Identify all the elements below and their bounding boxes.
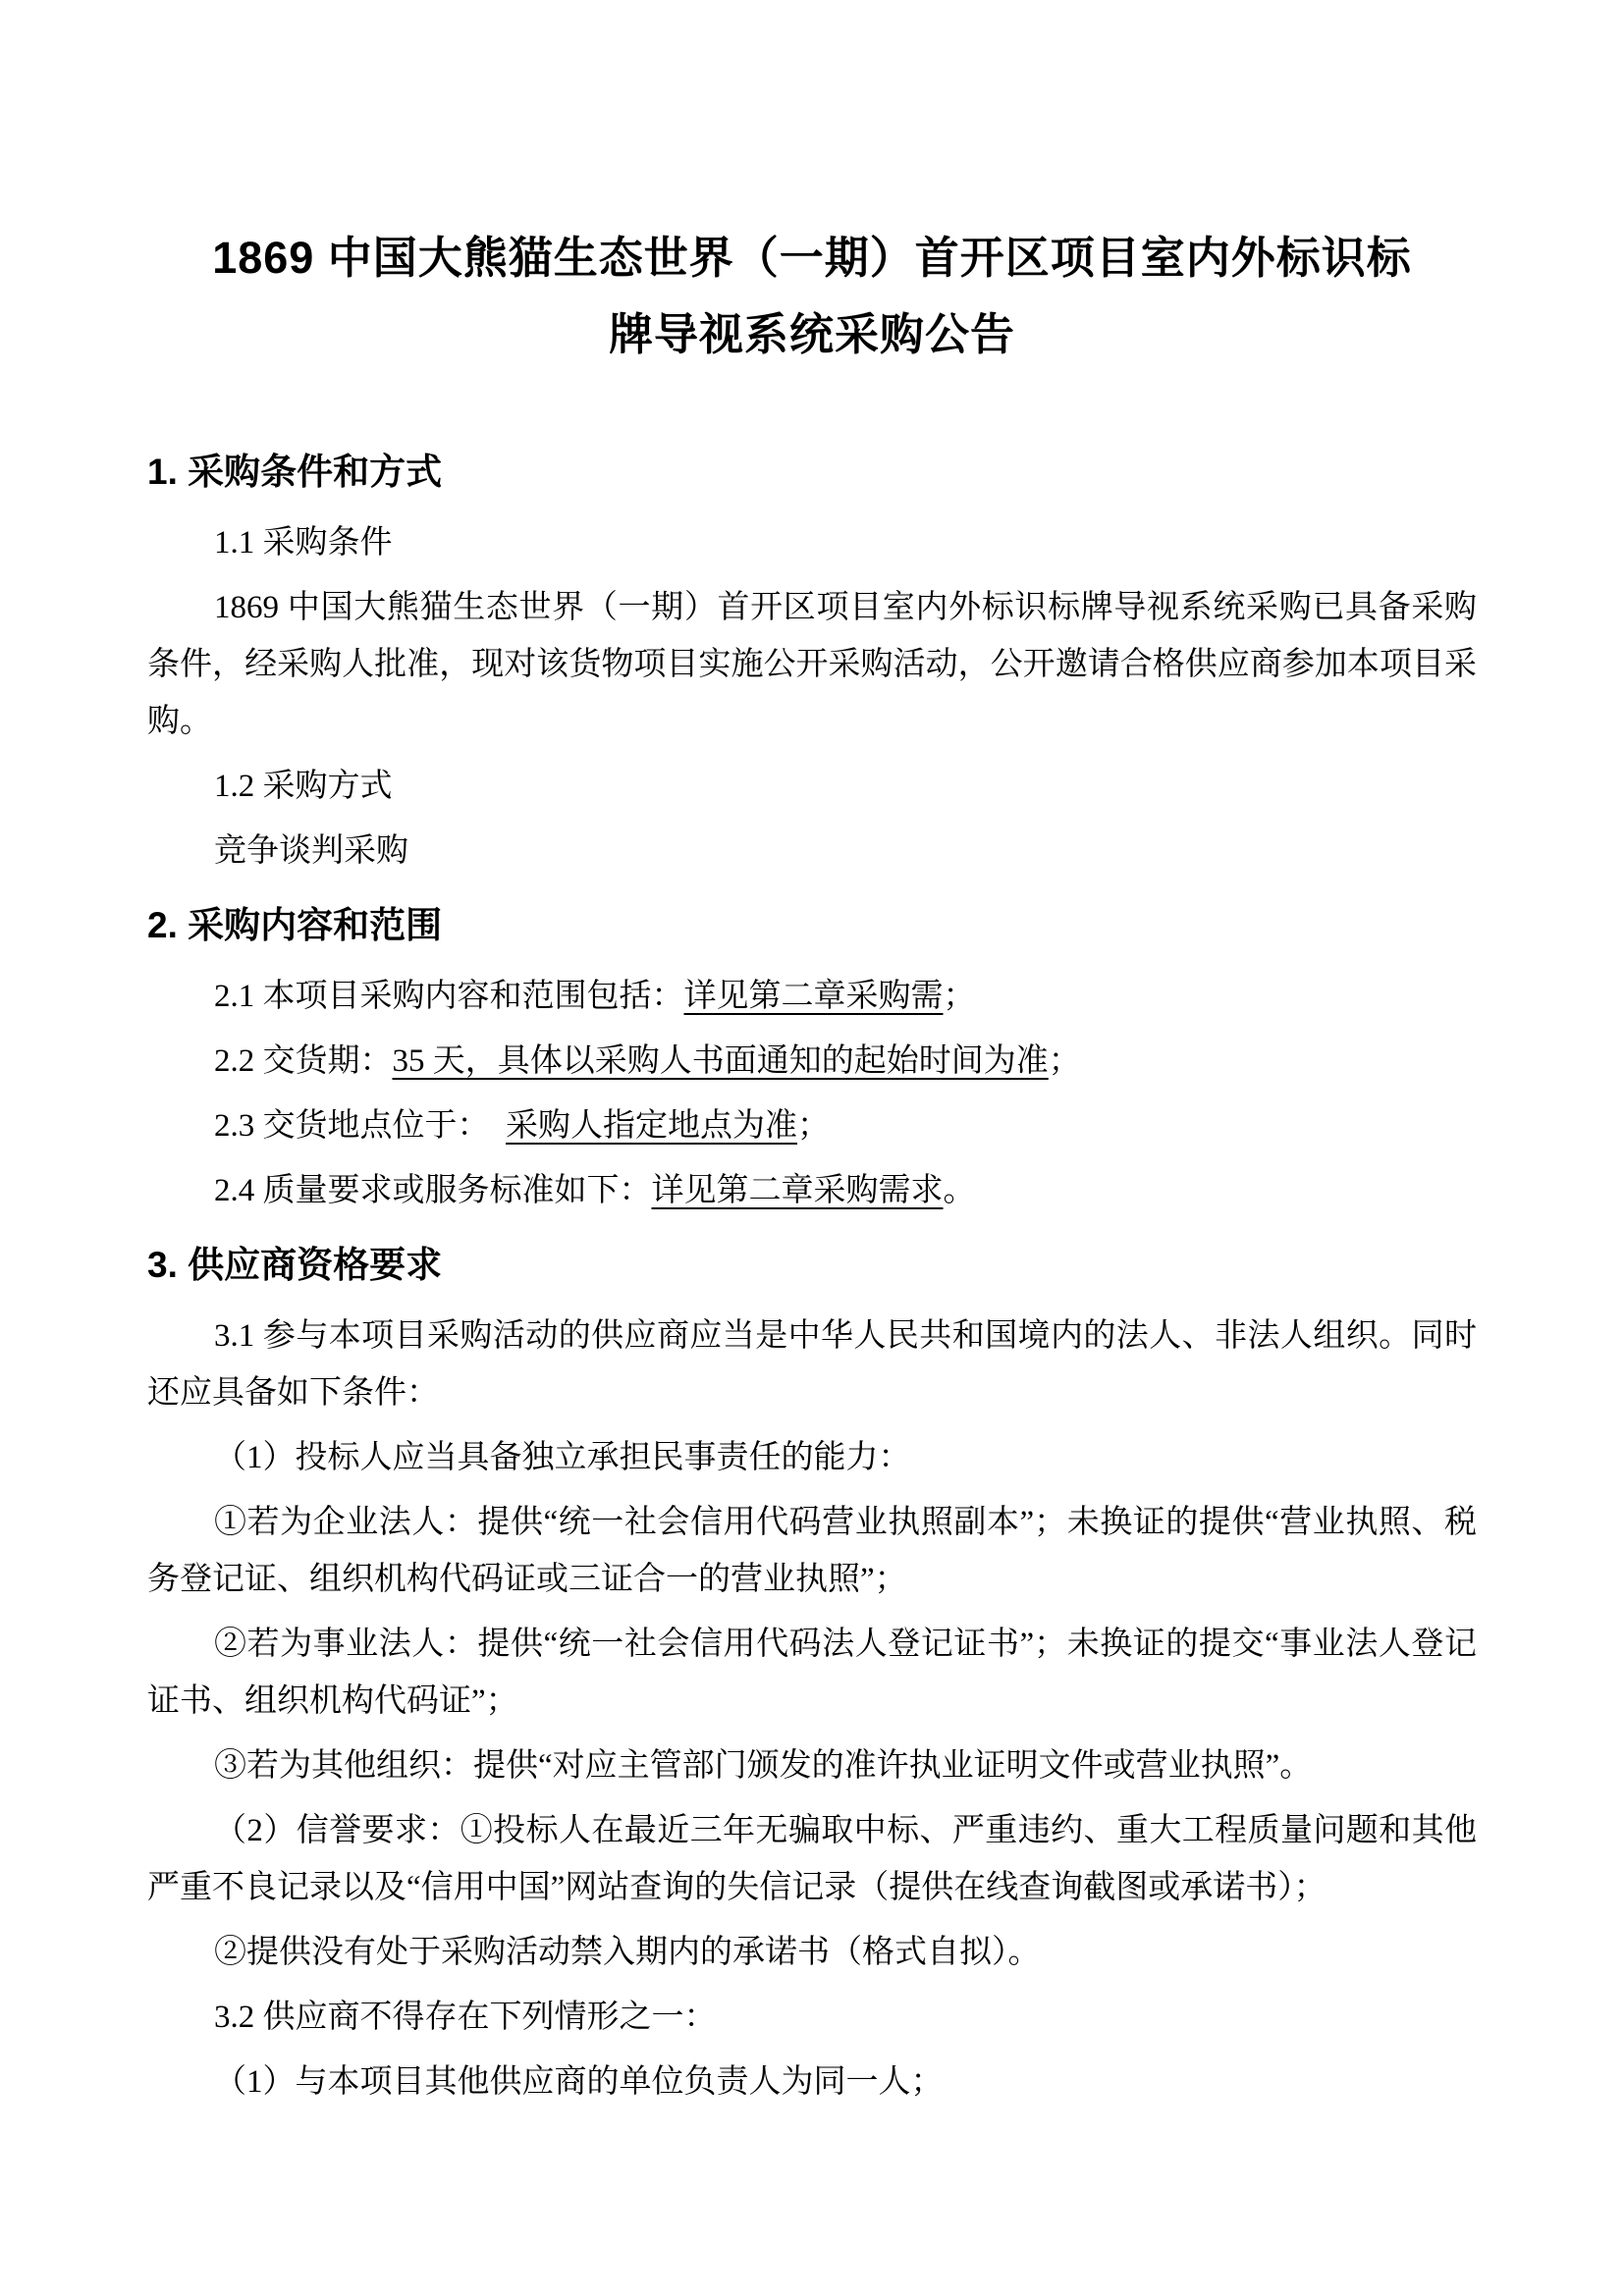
clause-1-2: 1.2 采购方式 xyxy=(147,758,1477,815)
clause-3-1-item-2: （2）信誉要求：①投标人在最近三年无骗取中标、严重违约、重大工程质量问题和其他严… xyxy=(147,1802,1477,1916)
clause-1-1: 1.1 采购条件 xyxy=(147,514,1477,571)
document-page: 1869 中国大熊猫生态世界（一期）首开区项目室内外标识标 牌导视系统采购公告 … xyxy=(0,0,1624,2296)
clause-3-1-item-1: （1）投标人应当具备独立承担民事责任的能力： xyxy=(147,1429,1477,1486)
section-2-heading: 2. 采购内容和范围 xyxy=(147,897,1477,954)
clause-2-2-suffix: ； xyxy=(1049,1043,1081,1079)
clause-3-2: 3.2 供应商不得存在下列情形之一： xyxy=(147,1989,1477,2046)
clause-3-1-item-1-b: ②若为事业法人：提供“统一社会信用代码法人登记证书”；未换证的提交“事业法人登记… xyxy=(147,1616,1477,1730)
clause-3-1: 3.1 参与本项目采购活动的供应商应当是中华人民共和国境内的法人、非法人组织。同… xyxy=(147,1308,1477,1421)
clause-2-4-prefix: 2.4 质量要求或服务标准如下： xyxy=(214,1173,652,1208)
clause-2-4-suffix: 。 xyxy=(944,1173,976,1208)
clause-2-3-prefix: 2.3 交货地点位于： xyxy=(214,1108,506,1144)
clause-2-1-underlined-value: 详见第二章采购需 xyxy=(684,979,944,1014)
clause-2-2-prefix: 2.2 交货期： xyxy=(214,1043,393,1079)
clause-3-2-item-1: （1）与本项目其他供应商的单位负责人为同一人； xyxy=(147,2054,1477,2110)
para-procurement-conditions: 1869 中国大熊猫生态世界（一期）首开区项目室内外标识标牌导视系统采购已具备采… xyxy=(147,579,1477,750)
clause-3-1-item-1-a: ①若为企业法人：提供“统一社会信用代码营业执照副本”；未换证的提供“营业执照、税… xyxy=(147,1494,1477,1608)
clause-2-4-underlined-value: 详见第二章采购需求 xyxy=(652,1173,944,1208)
procurement-method: 竞争谈判采购 xyxy=(147,823,1477,880)
section-3-heading: 3. 供应商资格要求 xyxy=(147,1237,1477,1294)
clause-2-4: 2.4 质量要求或服务标准如下：详见第二章采购需求。 xyxy=(147,1162,1477,1219)
document-title-line-2: 牌导视系统采购公告 xyxy=(147,296,1477,373)
clause-2-3-underlined-value: 采购人指定地点为准 xyxy=(506,1108,797,1144)
clause-2-3: 2.3 交货地点位于： 采购人指定地点为准； xyxy=(147,1097,1477,1154)
section-1-heading: 1. 采购条件和方式 xyxy=(147,444,1477,501)
document-title-line-1: 1869 中国大熊猫生态世界（一期）首开区项目室内外标识标 xyxy=(147,220,1477,296)
clause-2-1-prefix: 2.1 本项目采购内容和范围包括： xyxy=(214,979,684,1014)
clause-2-1: 2.1 本项目采购内容和范围包括：详见第二章采购需； xyxy=(147,968,1477,1025)
clause-2-3-suffix: ； xyxy=(797,1108,830,1144)
clause-2-2: 2.2 交货期：35 天，具体以采购人书面通知的起始时间为准； xyxy=(147,1033,1477,1090)
document-title: 1869 中国大熊猫生态世界（一期）首开区项目室内外标识标 牌导视系统采购公告 xyxy=(147,220,1477,373)
clause-2-2-underlined-value: 35 天，具体以采购人书面通知的起始时间为准 xyxy=(393,1043,1049,1079)
clause-2-1-suffix: ； xyxy=(944,979,976,1014)
clause-3-1-item-2-b: ②提供没有处于采购活动禁入期内的承诺书（格式自拟）。 xyxy=(147,1924,1477,1981)
clause-3-1-item-1-c: ③若为其他组织：提供“对应主管部门颁发的准许执业证明文件或营业执照”。 xyxy=(147,1737,1477,1794)
